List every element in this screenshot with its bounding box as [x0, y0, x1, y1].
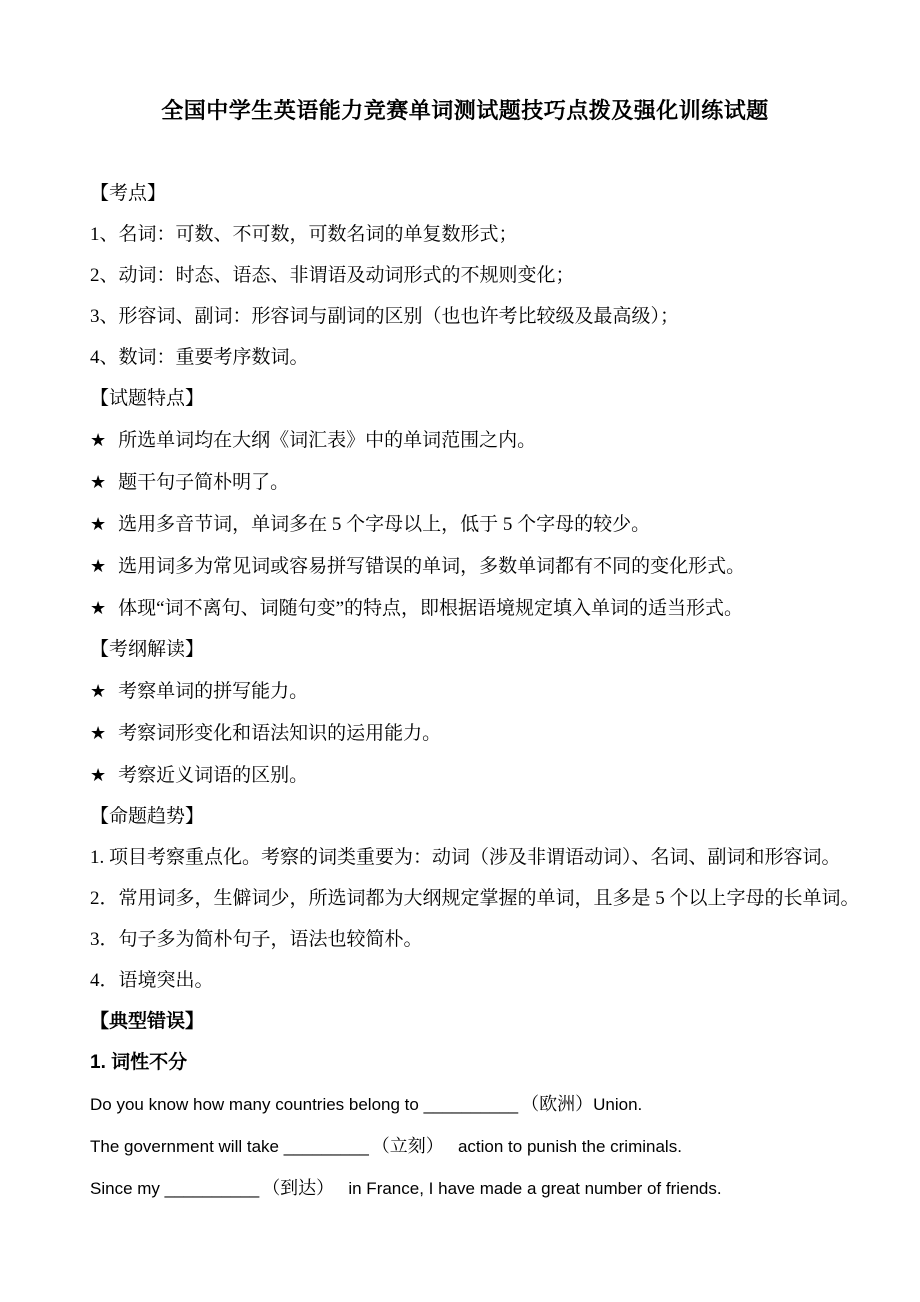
sentence-text: action to punish the criminals.	[444, 1137, 682, 1156]
star-bullet-icon: ★	[90, 765, 106, 785]
syllabus-item-3: ★考察近义词语的区别。	[90, 765, 840, 786]
star-bullet-icon: ★	[90, 681, 106, 701]
syllabus-item-1: ★考察单词的拼写能力。	[90, 681, 840, 702]
sentence-text: The government will take	[90, 1137, 284, 1156]
sentence-text: in France, I have made a great number of…	[334, 1179, 721, 1198]
syllabus-item-text: 考察单词的拼写能力。	[118, 681, 308, 702]
typical-errors-subhead: 1. 词性不分	[90, 1053, 840, 1073]
chinese-hint: （立刻）	[372, 1136, 444, 1156]
chinese-hint: （到达）	[262, 1178, 334, 1198]
feature-item-text: 选用多音节词，单词多在 5 个字母以上，低于 5 个字母的较少。	[118, 514, 650, 535]
exam-point-item-3: 3、形容词、副词：形容词与副词的区别（也也许考比较级及最高级）；	[90, 307, 840, 327]
trend-item-3: 3．句子多为简朴句子，语法也较简朴。	[90, 930, 840, 950]
star-bullet-icon: ★	[90, 723, 106, 743]
example-sentence-1: Do you know how many countries belong to…	[90, 1094, 840, 1115]
section-header-features: 【试题特点】	[90, 389, 840, 409]
feature-item-text: 选用词多为常见词或容易拼写错误的单词，多数单词都有不同的变化形式。	[118, 556, 745, 577]
document-title: 全国中学生英语能力竞赛单词测试题技巧点拨及强化训练试题	[90, 96, 840, 126]
syllabus-item-2: ★考察词形变化和语法知识的运用能力。	[90, 723, 840, 744]
sentence-text: Since my	[90, 1179, 165, 1198]
star-bullet-icon: ★	[90, 556, 106, 576]
feature-item-1: ★所选单词均在大纲《词汇表》中的单词范围之内。	[90, 430, 840, 451]
fill-in-blank: __________	[424, 1095, 519, 1114]
sentence-text: Union.	[593, 1095, 642, 1114]
syllabus-item-text: 考察近义词语的区别。	[118, 765, 308, 786]
feature-item-text: 体现“词不离句、词随句变”的特点，即根据语境规定填入单词的适当形式。	[118, 598, 743, 619]
sentence-text: Do you know how many countries belong to	[90, 1095, 424, 1114]
feature-item-text: 题干句子简朴明了。	[118, 472, 289, 493]
feature-item-4: ★选用词多为常见词或容易拼写错误的单词，多数单词都有不同的变化形式。	[90, 556, 840, 577]
example-sentence-3: Since my __________（到达） in France, I hav…	[90, 1178, 840, 1199]
trend-item-2: 2．常用词多，生僻词少，所选词都为大纲规定掌握的单词，且多是 5 个以上字母的长…	[90, 889, 840, 909]
section-header-typical-errors: 【典型错误】	[90, 1012, 840, 1032]
section-header-syllabus: 【考纲解读】	[90, 640, 840, 660]
feature-item-5: ★体现“词不离句、词随句变”的特点，即根据语境规定填入单词的适当形式。	[90, 598, 840, 619]
trend-item-4: 4．语境突出。	[90, 971, 840, 991]
feature-item-2: ★题干句子简朴明了。	[90, 472, 840, 493]
exam-point-item-4: 4、数词：重要考序数词。	[90, 348, 840, 368]
syllabus-item-text: 考察词形变化和语法知识的运用能力。	[118, 723, 441, 744]
star-bullet-icon: ★	[90, 598, 106, 618]
star-bullet-icon: ★	[90, 514, 106, 534]
feature-item-3: ★选用多音节词，单词多在 5 个字母以上，低于 5 个字母的较少。	[90, 514, 840, 535]
star-bullet-icon: ★	[90, 472, 106, 492]
star-bullet-icon: ★	[90, 430, 106, 450]
fill-in-blank: _________	[284, 1137, 369, 1156]
chinese-hint: （欧洲）	[521, 1094, 593, 1114]
exam-point-item-2: 2、动词：时态、语态、非谓语及动词形式的不规则变化；	[90, 266, 840, 286]
section-header-trends: 【命题趋势】	[90, 807, 840, 827]
fill-in-blank: __________	[165, 1179, 260, 1198]
example-sentence-2: The government will take _________（立刻） a…	[90, 1136, 840, 1157]
trend-item-1: 1. 项目考察重点化。考察的词类重要为：动词（涉及非谓语动词）、名词、副词和形容…	[90, 848, 840, 868]
section-header-exam-points: 【考点】	[90, 184, 840, 204]
document-page: 全国中学生英语能力竞赛单词测试题技巧点拨及强化训练试题 【考点】 1、名词：可数…	[0, 0, 920, 1302]
feature-item-text: 所选单词均在大纲《词汇表》中的单词范围之内。	[118, 430, 536, 451]
exam-point-item-1: 1、名词：可数、不可数，可数名词的单复数形式；	[90, 225, 840, 245]
